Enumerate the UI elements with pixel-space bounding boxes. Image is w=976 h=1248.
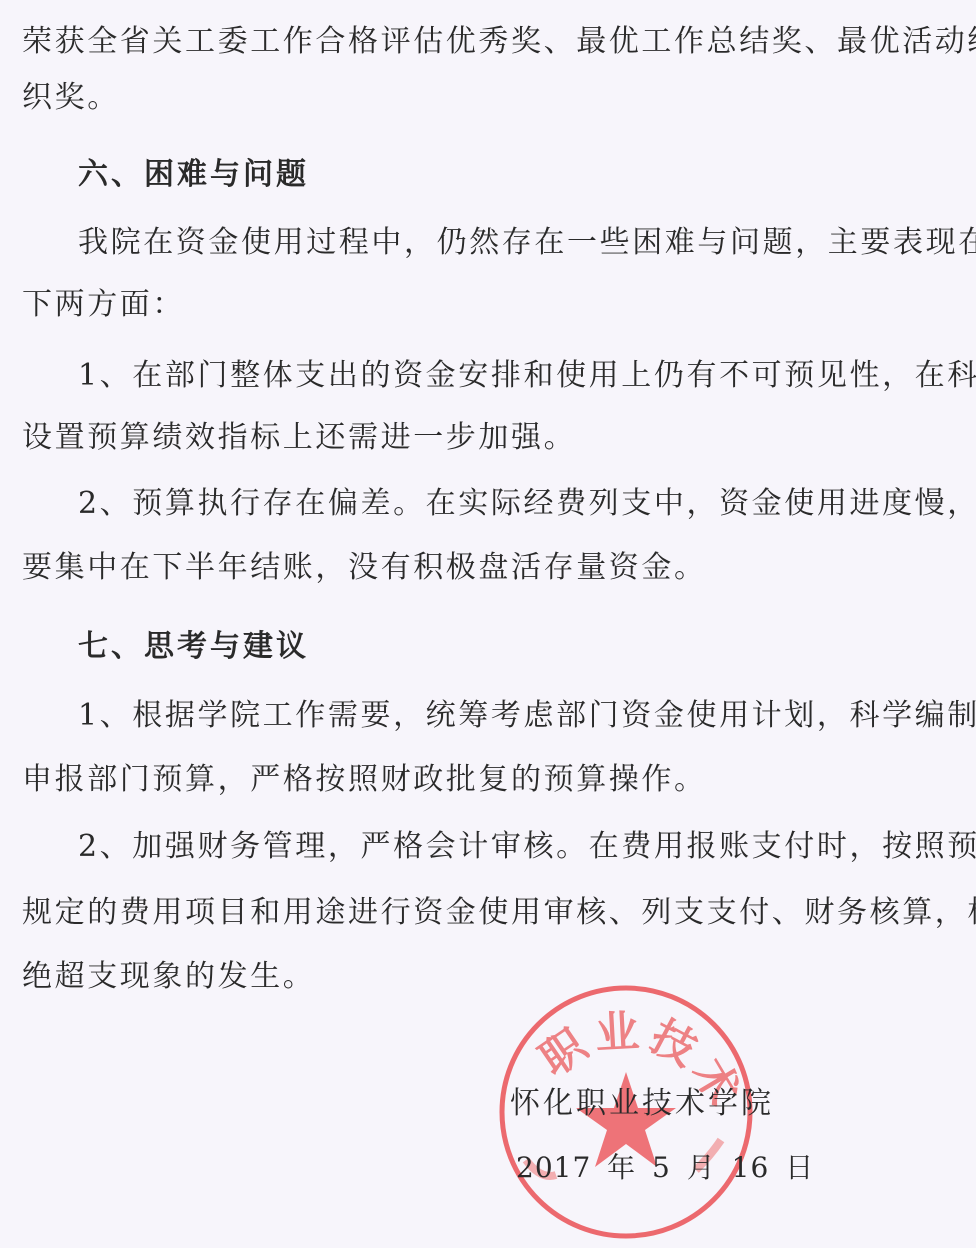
signature-date: 2017 年 5 月 16 日 — [516, 1148, 814, 1188]
section-6-heading: 六、困难与问题 — [78, 155, 309, 195]
section-7-item-2-line-3: 绝超支现象的发生。 — [22, 957, 315, 997]
section-6-item-2-line-1: 2、预算执行存在偏差。在实际经费列支中，资金使用进度慢，主 — [78, 484, 976, 524]
section-7-item-2-line-1: 2、加强财务管理，严格会计审核。在费用报账支付时，按照预算 — [78, 827, 976, 867]
section-6-item-1-line-1: 1、在部门整体支出的资金安排和使用上仍有不可预见性，在科学 — [78, 356, 976, 396]
section-7-item-2-line-2: 规定的费用项目和用途进行资金使用审核、列支支付、财务核算，杜 — [22, 893, 976, 933]
section-6-item-1-line-2: 设置预算绩效指标上还需进一步加强。 — [22, 418, 576, 458]
intro-line-2: 织奖。 — [22, 78, 120, 118]
section-7-item-1-line-2: 申报部门预算，严格按照财政批复的预算操作。 — [22, 760, 707, 800]
section-7-item-1-line-1: 1、根据学院工作需要，统筹考虑部门资金使用计划，科学编制、 — [78, 696, 976, 736]
section-7-heading: 七、思考与建议 — [78, 627, 309, 667]
signature-organization: 怀化职业技术学院 — [510, 1084, 774, 1124]
section-6-intro-line-2: 下两方面： — [22, 285, 185, 325]
section-6-item-2-line-2: 要集中在下半年结账，没有积极盘活存量资金。 — [22, 548, 707, 588]
intro-line-1: 荣获全省关工委工作合格评估优秀奖、最优工作总结奖、最优活动组 — [22, 22, 976, 62]
document-page: 荣获全省关工委工作合格评估优秀奖、最优工作总结奖、最优活动组 织奖。 六、困难与… — [0, 0, 976, 1248]
section-6-intro-line-1: 我院在资金使用过程中，仍然存在一些困难与问题，主要表现在以 — [78, 223, 976, 263]
